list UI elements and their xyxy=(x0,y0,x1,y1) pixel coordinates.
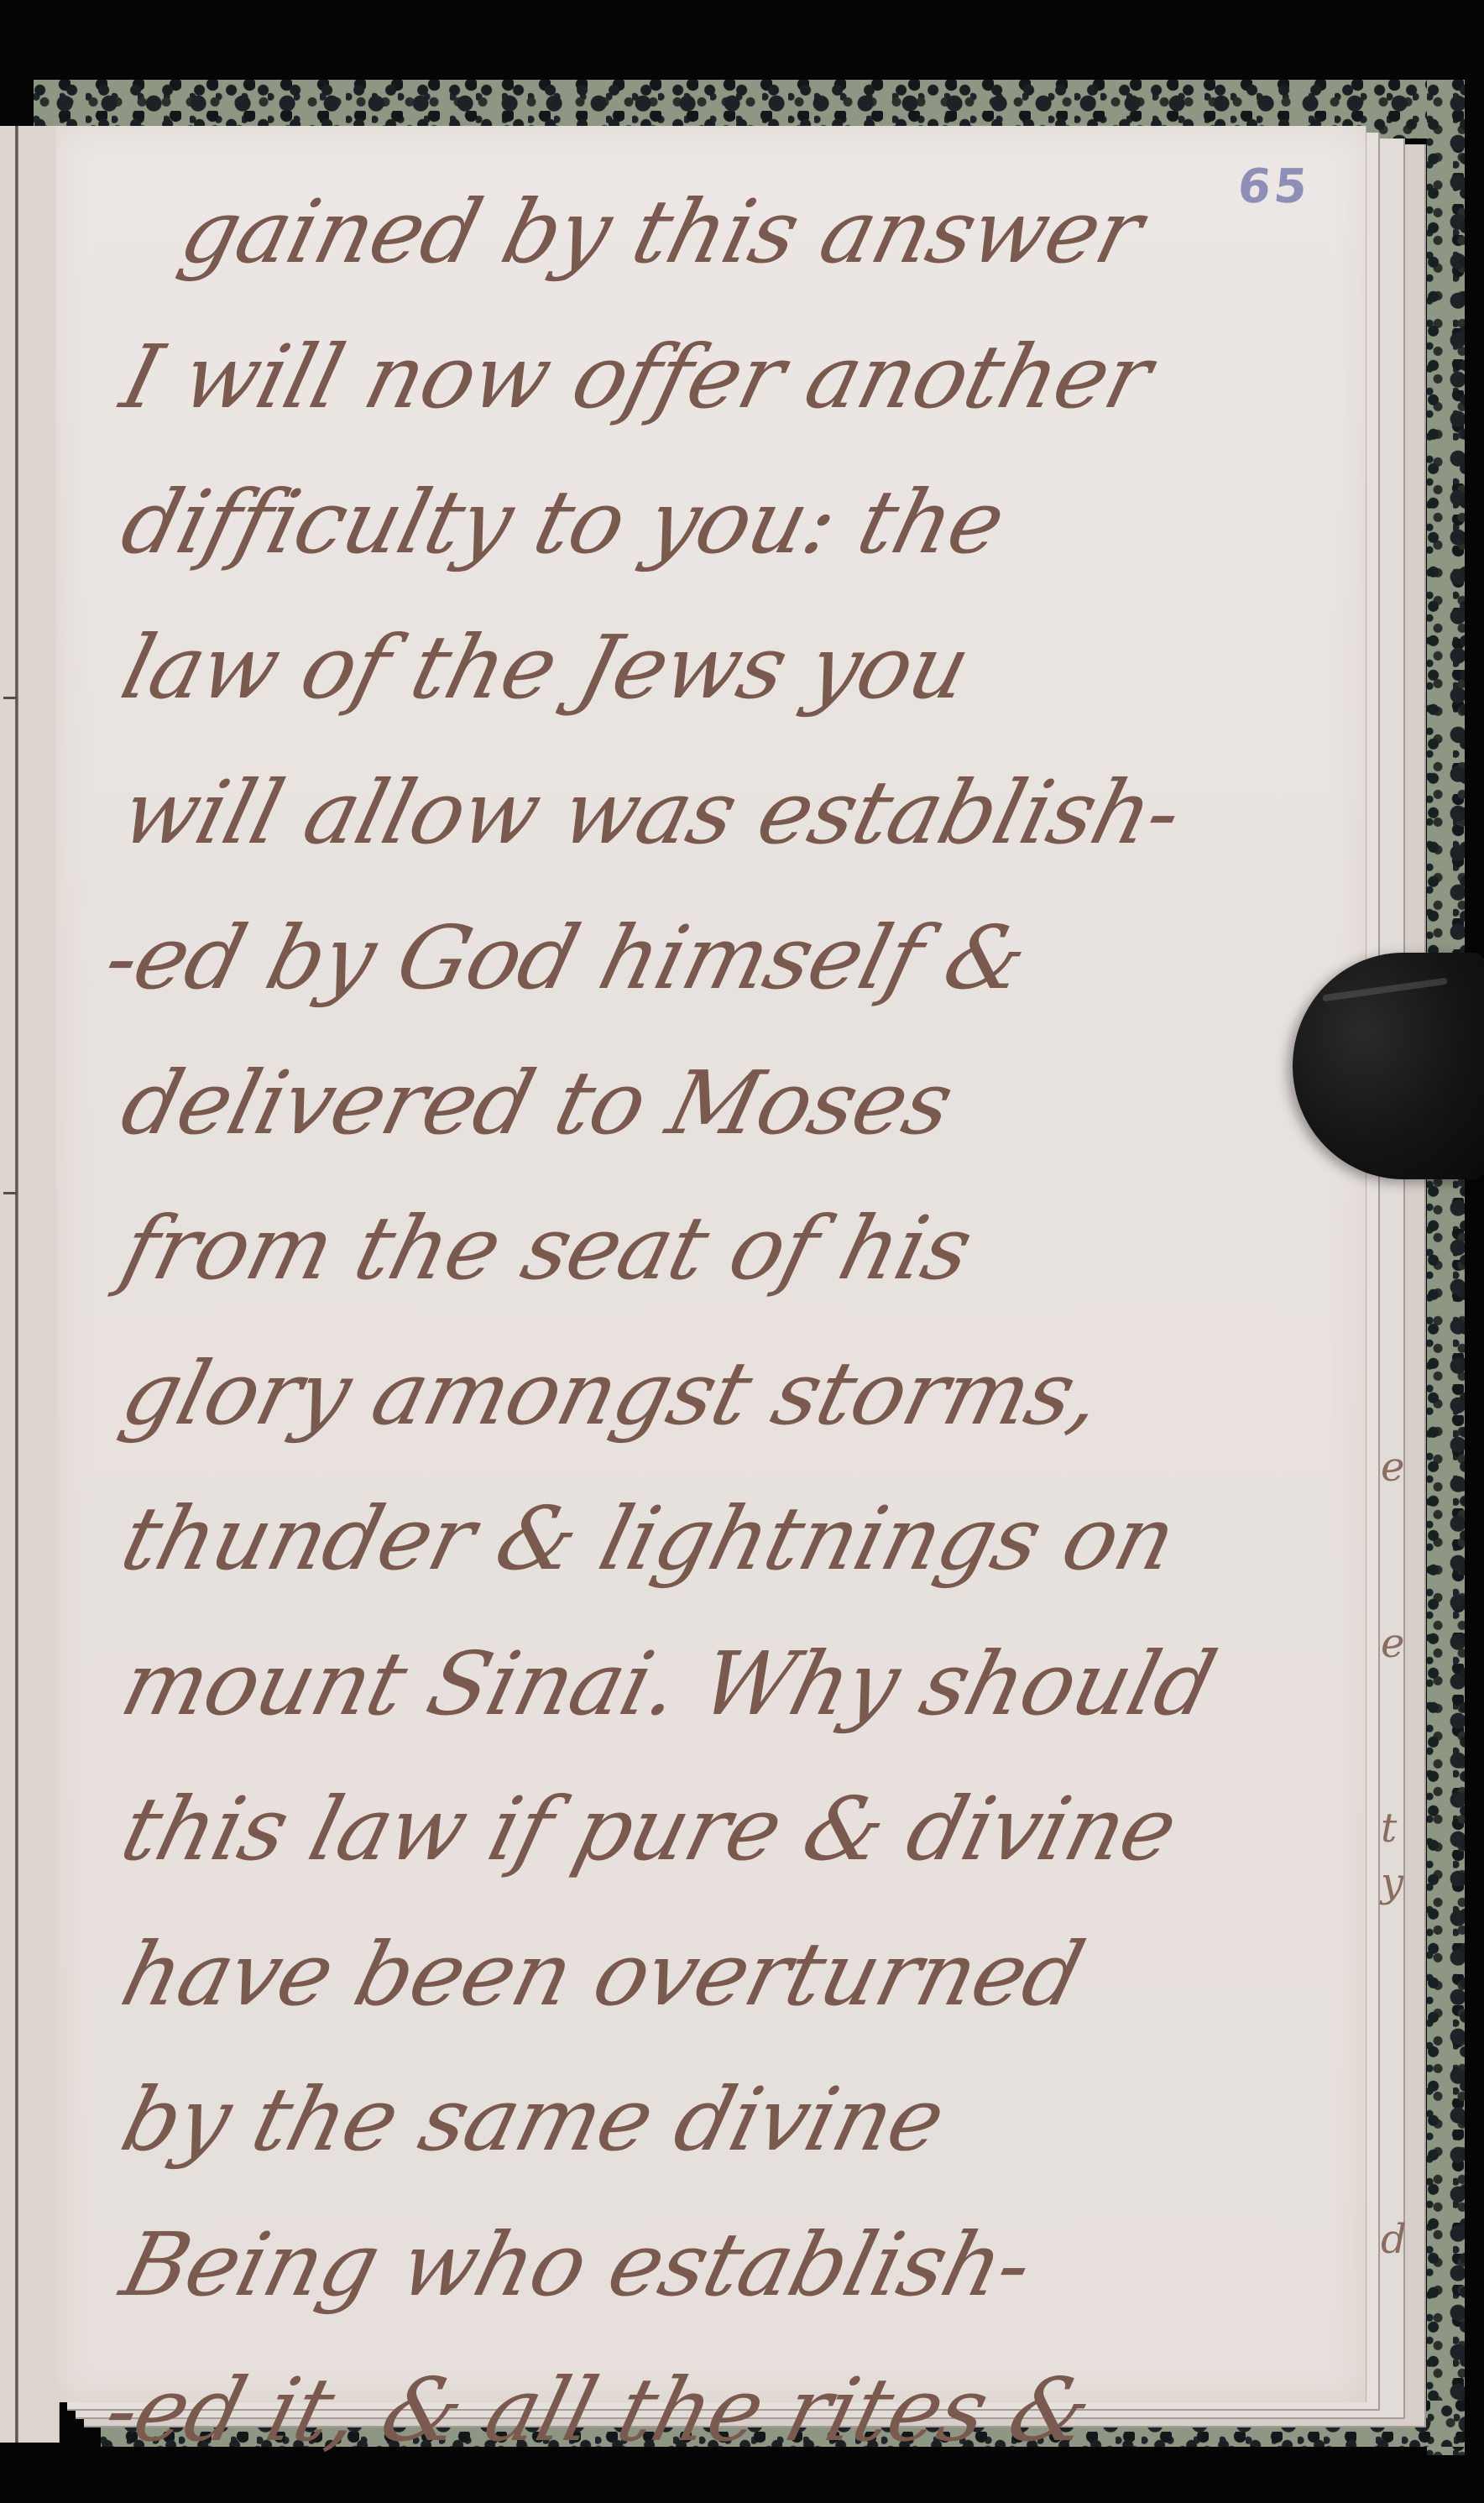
edge-mark: t xyxy=(1381,1805,1397,1852)
left-page-gutter xyxy=(0,126,60,2443)
edge-mark: e xyxy=(1381,1620,1404,1667)
handwritten-text: gained by this answer I will now offer a… xyxy=(90,159,1349,2483)
text-line: have been overturned xyxy=(90,1902,1385,2047)
gutter-fold-line xyxy=(15,126,18,2443)
marbled-cover-right xyxy=(1427,80,1465,2455)
text-line: this law if pure & divine xyxy=(90,1757,1385,1902)
text-line: difficulty to you: the xyxy=(90,450,1385,595)
text-line: I will now offer another xyxy=(90,305,1385,450)
manuscript-page: 65 gained by this answer I will now offe… xyxy=(56,126,1366,2402)
text-line: by the same divine xyxy=(90,2047,1385,2192)
text-line: -ed by God himself & xyxy=(90,886,1385,1031)
text-line: -ed it, & all the rites & xyxy=(90,2338,1385,2483)
text-line: gained by this answer xyxy=(90,159,1385,305)
text-line: from the seat of his xyxy=(90,1176,1385,1321)
text-line: thunder & lightnings on xyxy=(90,1466,1385,1612)
margin-tick xyxy=(3,1192,17,1194)
margin-tick xyxy=(3,697,17,699)
text-line: will allow was establish- xyxy=(90,740,1385,886)
text-line: delivered to Moses xyxy=(90,1031,1385,1176)
text-line: mount Sinai. Why should xyxy=(90,1612,1385,1757)
edge-mark: y xyxy=(1381,1859,1403,1906)
text-line: Being who establish- xyxy=(90,2192,1385,2338)
thumbnail-highlight xyxy=(1322,978,1448,1002)
edge-mark: d xyxy=(1381,2216,1407,2263)
text-line: law of the Jews you xyxy=(90,595,1385,740)
text-line: glory amongst storms, xyxy=(90,1321,1385,1466)
